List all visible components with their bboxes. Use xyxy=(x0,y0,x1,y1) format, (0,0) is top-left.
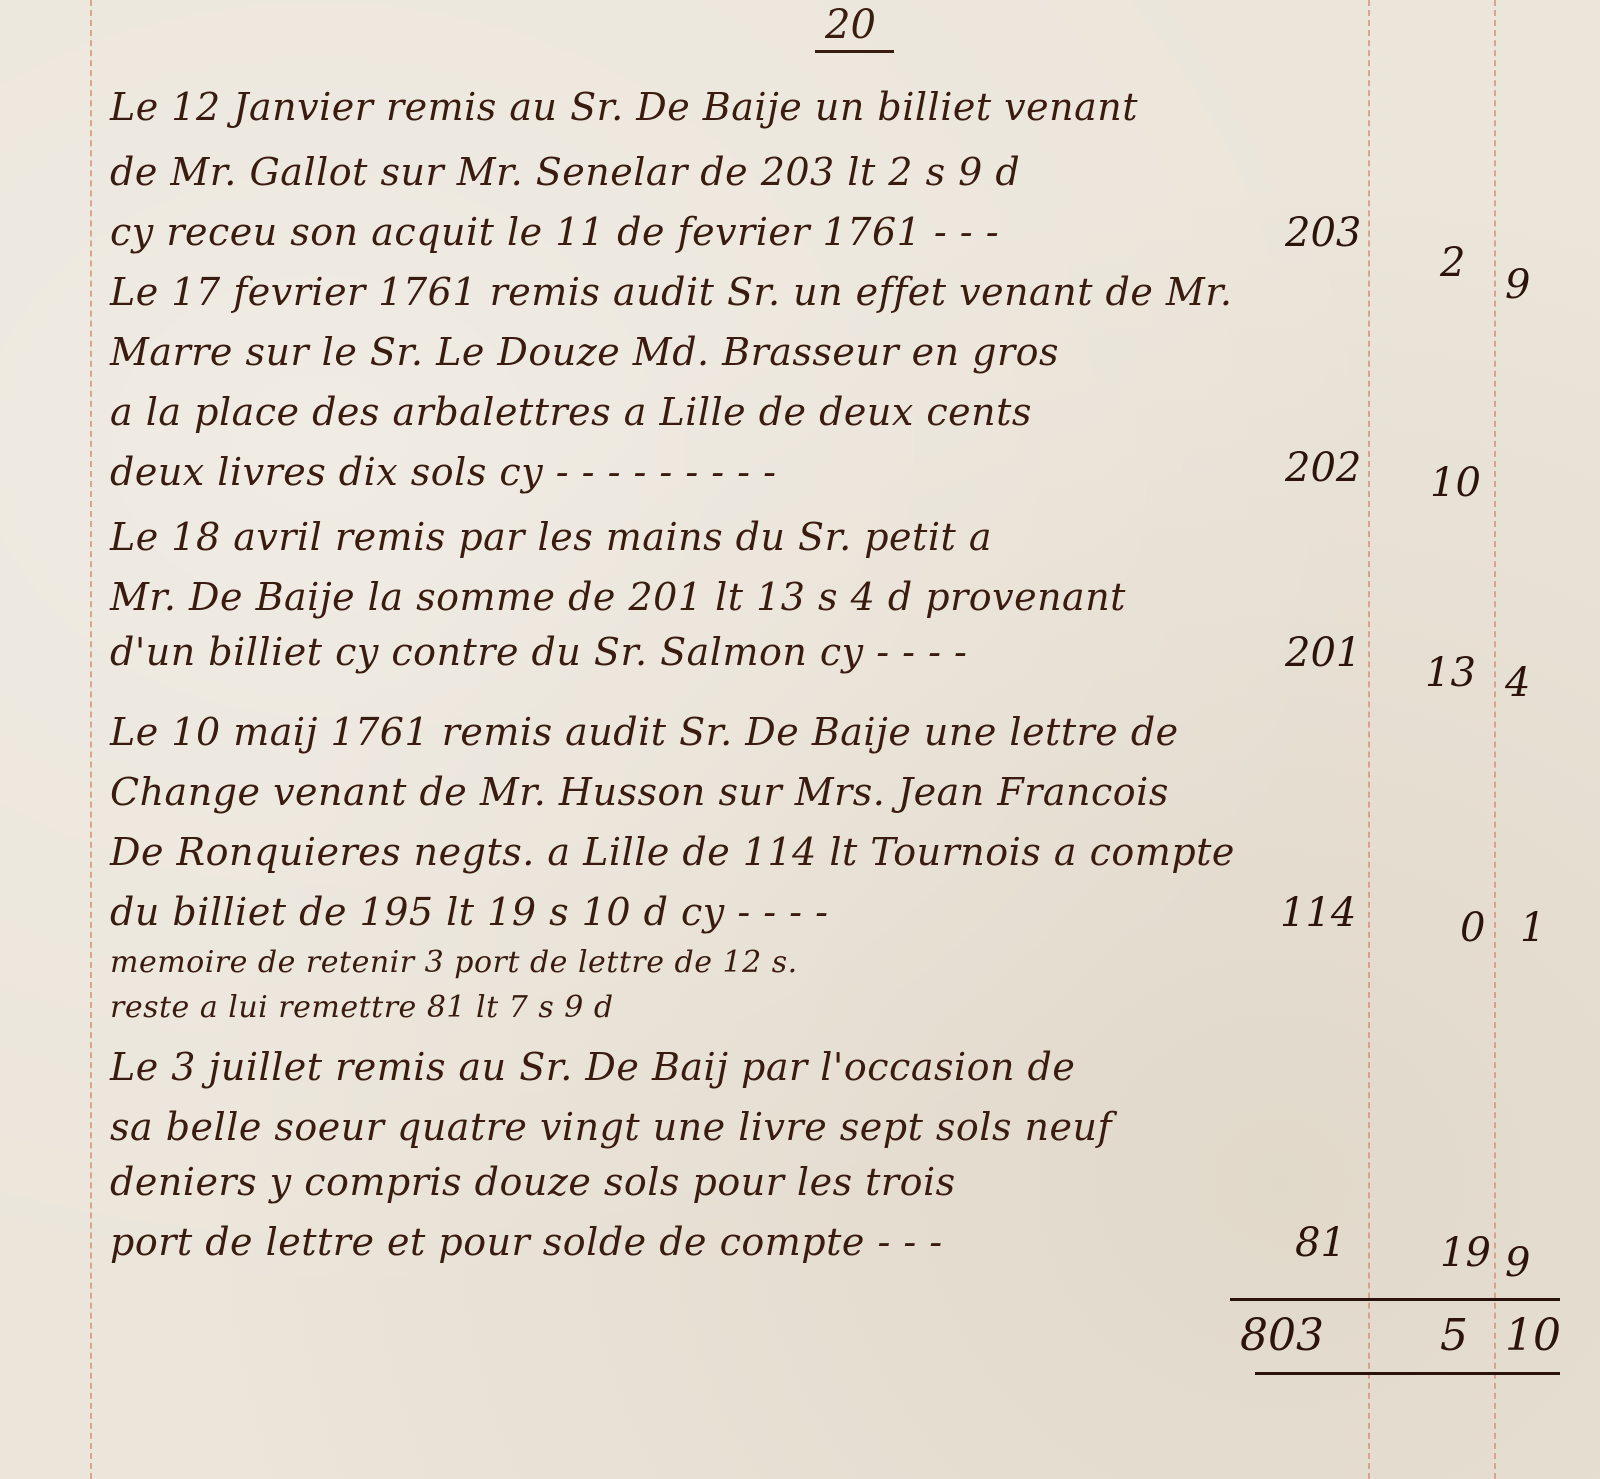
entry-2-line-3: a la place des arbalettres a Lille de de… xyxy=(110,390,1032,434)
total-livres: 803 xyxy=(1240,1310,1324,1361)
entry-3-deniers: 4 xyxy=(1505,660,1530,706)
entry-1-line-2: de Mr. Gallot sur Mr. Senelar de 203 lt … xyxy=(110,150,1020,194)
entry-4-line-4: du billiet de 195 lt 19 s 10 d cy - - - … xyxy=(110,890,828,934)
entry-1-livres: 203 xyxy=(1285,210,1361,256)
entry-3-line-1: Le 18 avril remis par les mains du Sr. p… xyxy=(110,515,992,559)
entry-2-line-4: deux livres dix sols cy - - - - - - - - … xyxy=(110,450,776,494)
entry-4-livres: 114 xyxy=(1280,890,1356,936)
entry-1-line-1: Le 12 Janvier remis au Sr. De Baije un b… xyxy=(110,85,1138,129)
entry-3-sols: 13 xyxy=(1425,650,1476,696)
entry-2-line-1: Le 17 fevrier 1761 remis audit Sr. un ef… xyxy=(110,270,1232,314)
entry-2-livres: 202 xyxy=(1285,445,1361,491)
left-margin-rule xyxy=(90,0,92,1479)
entry-5-line-3: deniers y compris douze sols pour les tr… xyxy=(110,1160,956,1204)
entry-2-line-2: Marre sur le Sr. Le Douze Md. Brasseur e… xyxy=(110,330,1059,374)
entry-1-deniers: 9 xyxy=(1505,262,1530,308)
ledger-page: 20 Le 12 Janvier remis au Sr. De Baije u… xyxy=(0,0,1600,1479)
entry-4-sols: 0 xyxy=(1460,905,1485,951)
entry-5-line-2: sa belle soeur quatre vingt une livre se… xyxy=(110,1105,1112,1149)
entry-3-livres: 201 xyxy=(1285,630,1361,676)
sols-column-rule xyxy=(1494,0,1496,1479)
entry-5-livres: 81 xyxy=(1295,1220,1346,1266)
entry-1-sols: 2 xyxy=(1440,240,1465,286)
page-number: 20 xyxy=(815,2,894,53)
entry-4-line-3: De Ronquieres negts. a Lille de 114 lt T… xyxy=(110,830,1235,874)
entry-5-deniers: 9 xyxy=(1505,1240,1530,1286)
entry-4-deniers: 1 xyxy=(1520,905,1545,951)
entry-2-sols: 10 xyxy=(1430,460,1481,506)
entry-4-line-1: Le 10 maij 1761 remis audit Sr. De Baije… xyxy=(110,710,1179,754)
total-top-rule xyxy=(1230,1298,1560,1301)
entry-5-line-4: port de lettre et pour solde de compte -… xyxy=(110,1220,943,1264)
livres-column-rule xyxy=(1368,0,1370,1479)
entry-3-line-2: Mr. De Baije la somme de 201 lt 13 s 4 d… xyxy=(110,575,1126,619)
total-bottom-rule xyxy=(1255,1372,1560,1375)
entry-5-line-1: Le 3 juillet remis au Sr. De Baij par l'… xyxy=(110,1045,1075,1089)
entry-3-line-3: d'un billiet cy contre du Sr. Salmon cy … xyxy=(110,630,967,674)
entry-4-note-1: memoire de retenir 3 port de lettre de 1… xyxy=(110,945,798,980)
entry-4-line-2: Change venant de Mr. Husson sur Mrs. Jea… xyxy=(110,770,1169,814)
entry-1-line-3: cy receu son acquit le 11 de fevrier 176… xyxy=(110,210,999,254)
entry-4-note-2: reste a lui remettre 81 lt 7 s 9 d xyxy=(110,990,614,1025)
entry-5-sols: 19 xyxy=(1440,1230,1491,1276)
total-deniers: 10 xyxy=(1505,1310,1561,1361)
total-sols: 5 xyxy=(1440,1310,1468,1361)
